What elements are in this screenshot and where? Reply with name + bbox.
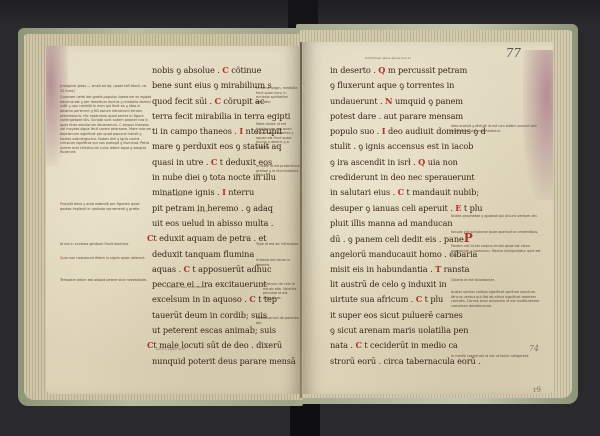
main-text-column-right: in deserto . Q m percussit petram ꝯ flux… xyxy=(330,63,450,369)
text-line: potest dare . aut parare mensam xyxy=(330,109,450,124)
interlinear-gloss: in cruce xyxy=(196,209,208,213)
text-line: bene sunt eius ꝯ mirabilium s xyxy=(152,78,262,93)
text-line: desuper ꝯ ianuas celi aperuit . E t plu xyxy=(330,201,450,216)
marginal-gloss-left-2: Prouidit deus ꝯ ante ostendit per figura… xyxy=(60,202,150,220)
text-line: nunquid poterit deus parare mensā xyxy=(152,354,262,369)
interlinear-gloss: id est pro suis uoluntatibus xyxy=(166,285,207,289)
text-line: deduxit tanquam flumina xyxy=(152,247,262,262)
bottom-mark: r9 xyxy=(533,386,541,394)
right-page: 77 74 r9 [interlinear gloss above line 1… xyxy=(303,42,553,394)
interlinear-gloss: id est christum xyxy=(162,193,184,197)
folio-number: 77 xyxy=(506,46,521,60)
marginal-gloss-left-4: Quia non habuerunt fidem in signis quae … xyxy=(60,256,150,266)
marginal-gloss-right-3: Ianuae celi scripturae quae aperiuntur c… xyxy=(451,230,543,240)
text-line: in nube diei ꝯ tota nocte in illu xyxy=(152,170,262,185)
text-line: uirtute sua africum . C t plu xyxy=(330,292,450,307)
text-line: tauerūt deum in cordib; suis xyxy=(152,308,262,323)
text-line: excelsum in in aquoso . C t tep xyxy=(152,292,262,307)
interlinear-gloss: [interlinear gloss above line 1] xyxy=(365,56,411,60)
marginal-gloss-left-5: Temptare deum est aliquid petere sine ne… xyxy=(60,278,150,288)
marginal-gloss-left-upper: [marginal gloss — small script, upper le… xyxy=(60,84,152,196)
text-line: in salutari eius . C t mandauit nubib; xyxy=(330,185,450,200)
text-line: dū . ꝯ panem celi dedit eis . paneP xyxy=(330,231,450,246)
text-line: ut peterent escas animab; suis xyxy=(152,323,262,338)
interlinear-gloss: sicut in egipto fecit xyxy=(156,347,185,351)
text-line: ꝯ fluxerunt aque ꝯ torrentes in xyxy=(330,78,450,93)
book-gutter xyxy=(300,42,302,398)
text-line: uit eos uelud in abisso multa . xyxy=(152,216,262,231)
text-line: lit austrū de celo ꝯ induxit in xyxy=(330,277,450,292)
text-line: Ct eduxit aquam de petra . et xyxy=(147,231,262,246)
text-line: populo suo . I deo audiuit dominus ꝯ d xyxy=(330,124,450,139)
marginal-gloss-right-7: In medio castrorum id est ut facile coll… xyxy=(451,354,543,368)
text-line: quasi in utre . C t deduxit eos xyxy=(152,155,262,170)
text-line: nata . C t ceciderūt in medio ca xyxy=(330,338,450,353)
text-line: terra fecit mirabilia in terra egipti xyxy=(152,109,262,124)
text-line: in deserto . Q m percussit petram xyxy=(330,63,450,78)
text-line: ꝯ sicut arenam maris uolatilia pen xyxy=(330,323,450,338)
text-line: aquas . C t apposuerūt adhuc xyxy=(152,262,262,277)
text-line: nobis ꝯ absolue . C cõtinue xyxy=(152,63,262,78)
text-line: ꝯ ira ascendit in isrł . Q uia non xyxy=(330,155,450,170)
marginal-gloss-right-left-margin: Austrum de celo id est ab alto. Volatili… xyxy=(263,282,301,312)
marginal-gloss-right-5: Cibaria id est abundanter. xyxy=(451,278,543,284)
main-text-column-left: nobis ꝯ absolue . C cõtinue bene sunt ei… xyxy=(152,63,262,369)
marginal-gloss-right-6: Auster uentus calidus significat spiritu… xyxy=(451,290,543,318)
text-line: angelorū manducauit homo . cibaria xyxy=(330,247,450,262)
text-line: ti in campo thaneos . I nterrupit xyxy=(152,124,262,139)
text-line: it super eos sicut puluerē carnes xyxy=(330,308,450,323)
text-line: mare ꝯ perduxit eos ꝯ statuit aq xyxy=(152,139,262,154)
signature-mark: 74 xyxy=(529,344,539,353)
marginal-gloss-right-2: Nubes prophetae ꝯ apostoli qui pluunt ue… xyxy=(451,214,543,224)
text-line: pluit illis manna ad manducan xyxy=(330,216,450,231)
marginal-gloss-left-page-right-4: Tepe id est ad irritandum. xyxy=(256,242,300,252)
text-line: quod fecit sūi . C cõrupit ac xyxy=(152,94,262,109)
text-line: misit eis in habundantia . T ransta xyxy=(330,262,450,277)
text-line: strorū eorū . circa tabernacula eorū . xyxy=(330,354,450,369)
marginal-gloss-left-3: Id est in ecclesia gentium fluxit doctri… xyxy=(60,242,150,252)
marginal-gloss-right-4: Panem celi id est corpus christi quod es… xyxy=(451,244,543,264)
text-line: undauerunt . N umquid ꝯ panem xyxy=(330,94,450,109)
text-line: stulit . ꝯ ignis accensus est in iacob xyxy=(330,139,450,154)
text-line: Ct male locuti sūt de deo . dixerū xyxy=(147,338,262,353)
left-page: [marginal gloss — small script, upper le… xyxy=(46,46,300,394)
text-line: crediderunt in deo nec sperauerunt xyxy=(330,170,450,185)
marginal-gloss-right-1: Ideo audiuit ꝯ distulit id est non stati… xyxy=(451,124,543,138)
